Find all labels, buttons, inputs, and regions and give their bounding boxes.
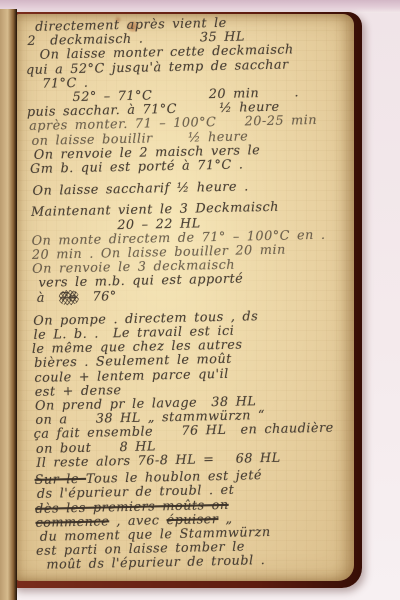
notebook-page: directement après vient le2 deckmaisch .… bbox=[16, 14, 354, 581]
handwritten-text: „ bbox=[218, 511, 233, 526]
handwritten-text: 76° bbox=[78, 289, 117, 305]
crossed-out-text: 76 bbox=[59, 290, 79, 305]
handwritten-text: à bbox=[37, 290, 60, 305]
adjacent-page-strip bbox=[0, 9, 17, 600]
handwritten-line: On laisse saccharif ½ heure . bbox=[28, 178, 350, 199]
handwriting: directement après vient le2 deckmaisch .… bbox=[25, 14, 354, 573]
